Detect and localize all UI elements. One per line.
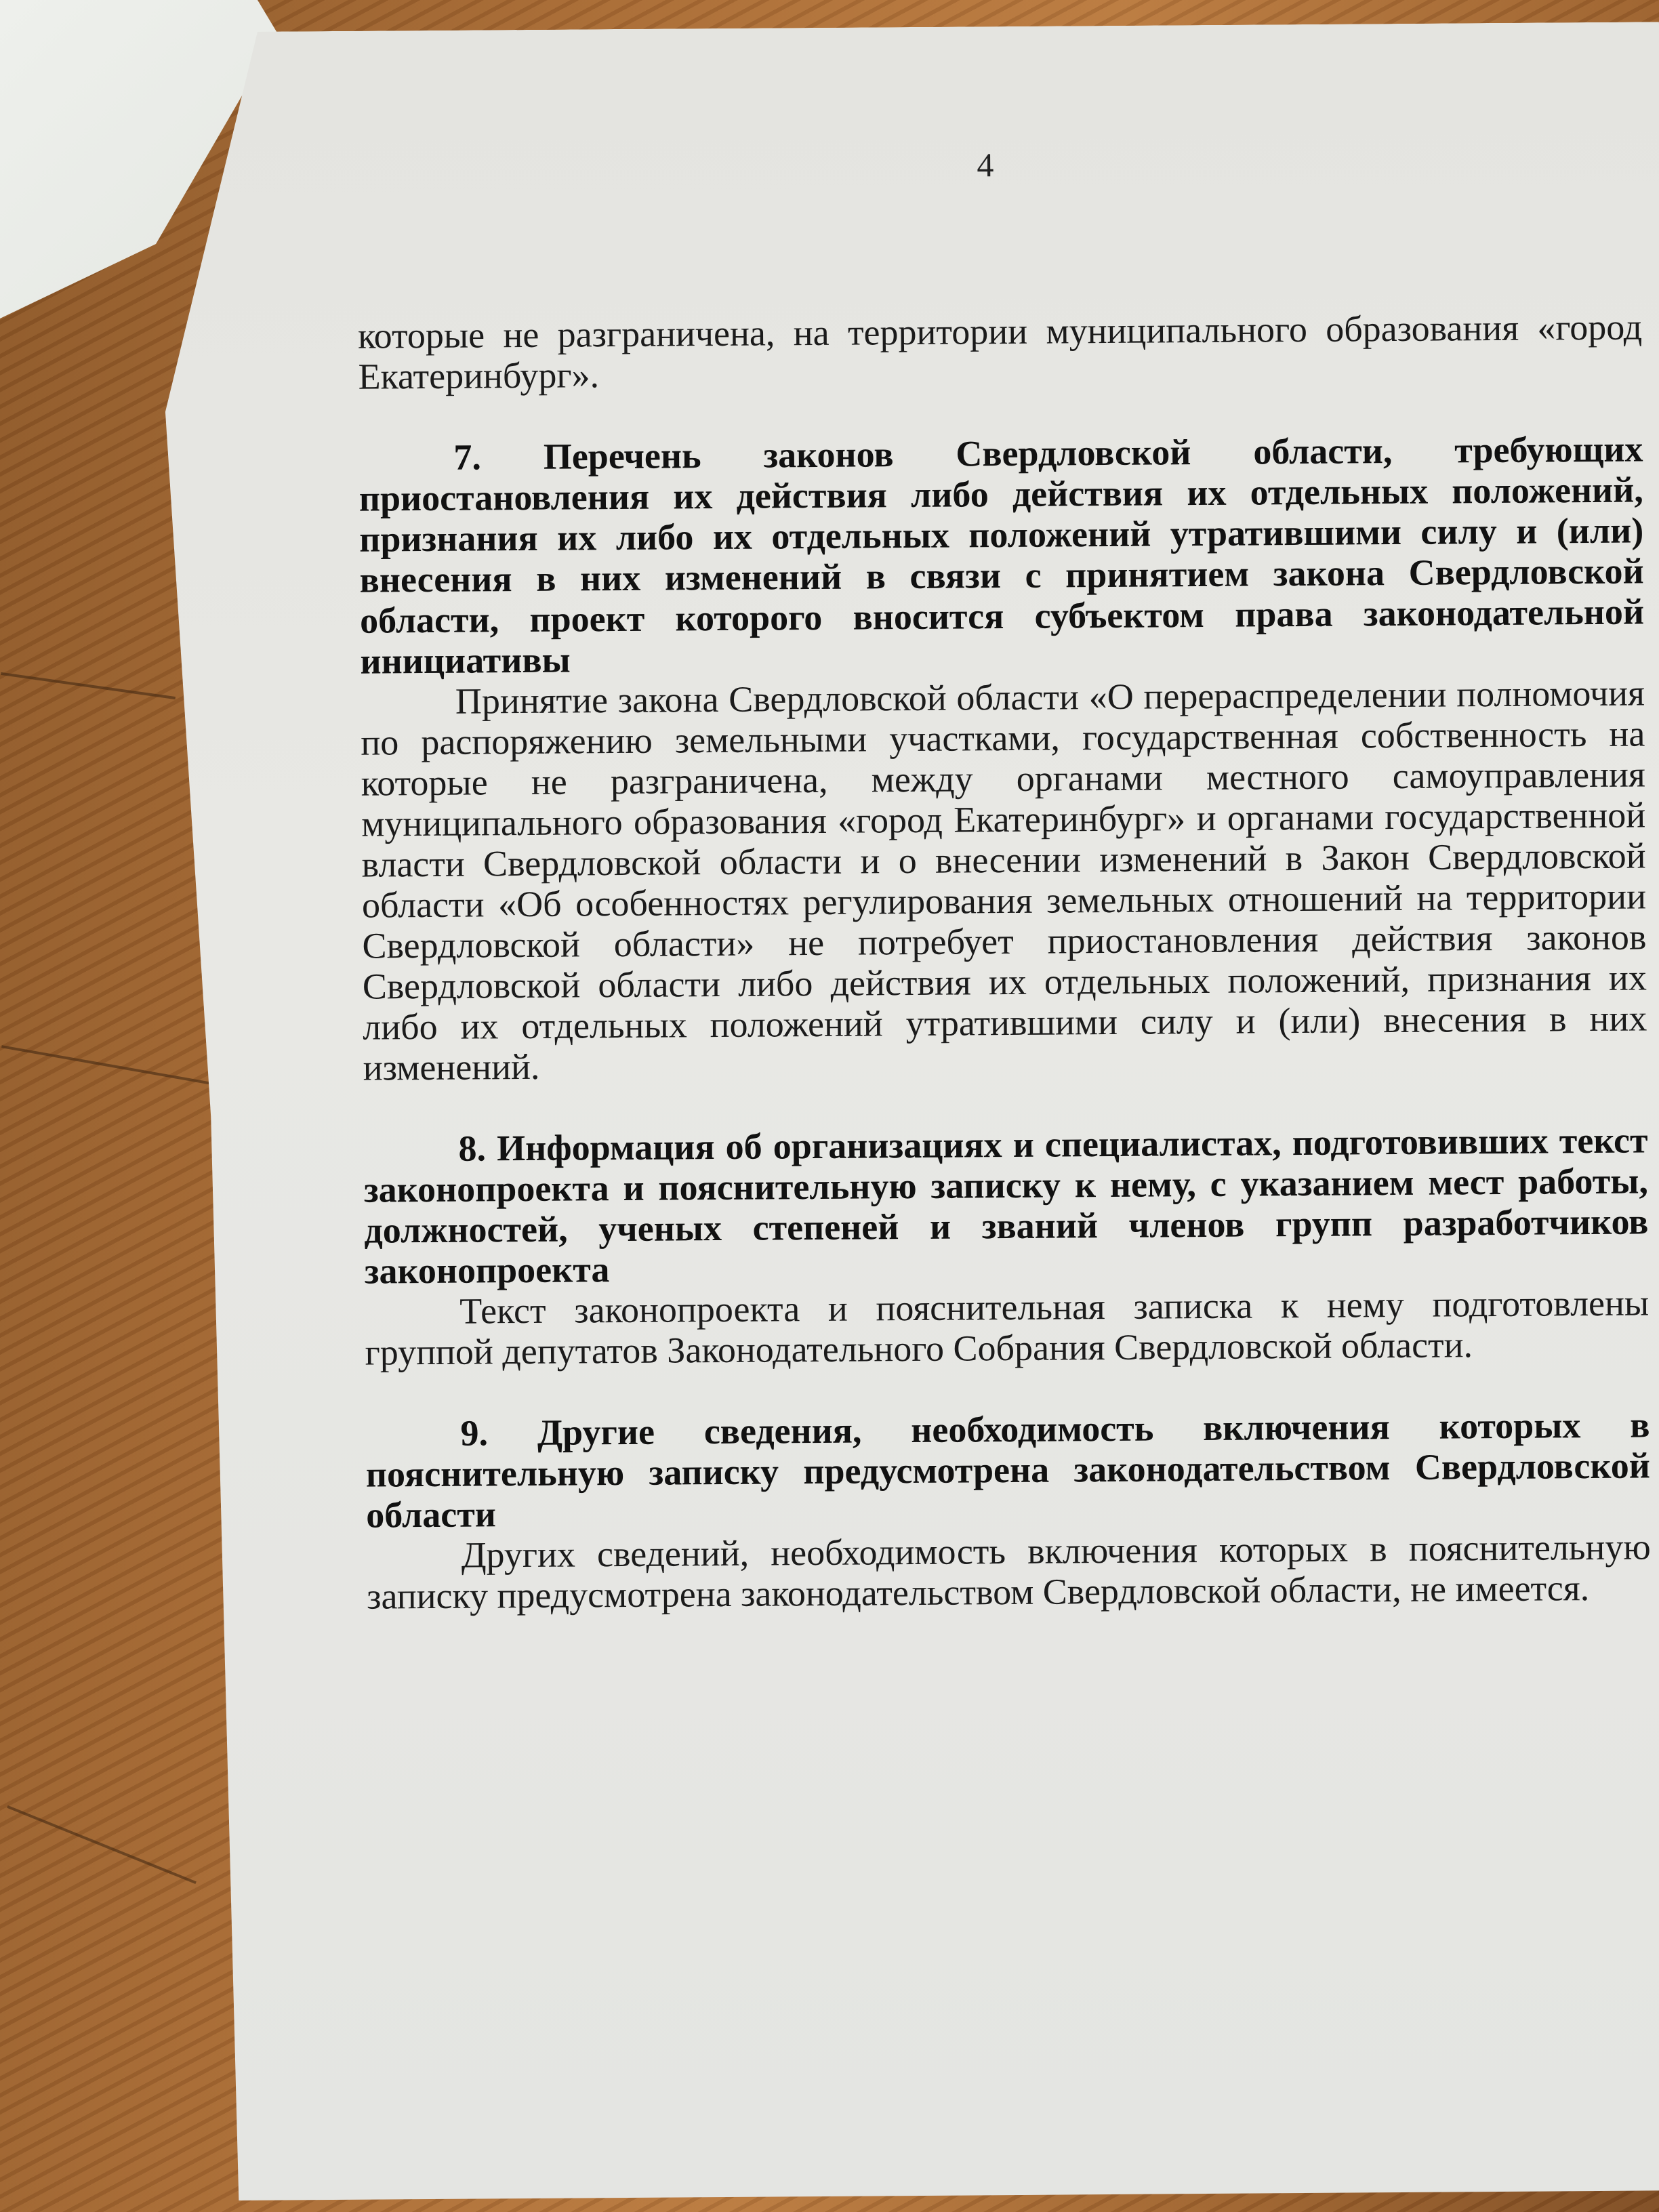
page-number: 4 — [977, 145, 994, 184]
document-page: 4 которые не разграничена, на территории… — [163, 22, 1659, 2200]
section-9-body: Других сведений, необходимость включения… — [367, 1526, 1652, 1616]
document-body: которые не разграничена, на территории м… — [358, 306, 1651, 1616]
continuation-paragraph: которые не разграничена, на территории м… — [358, 306, 1643, 396]
section-7-body: Принятие закона Свердловской области «О … — [361, 672, 1647, 1088]
section-8-heading: 8. Информация об организациях и специали… — [363, 1120, 1649, 1291]
section-7-heading: 7. Перечень законов Свердловской области… — [359, 428, 1644, 681]
section-9-heading: 9. Другие сведения, необходимость включе… — [365, 1404, 1650, 1535]
section-8-body: Текст законопроекта и пояснительная запи… — [365, 1282, 1650, 1372]
